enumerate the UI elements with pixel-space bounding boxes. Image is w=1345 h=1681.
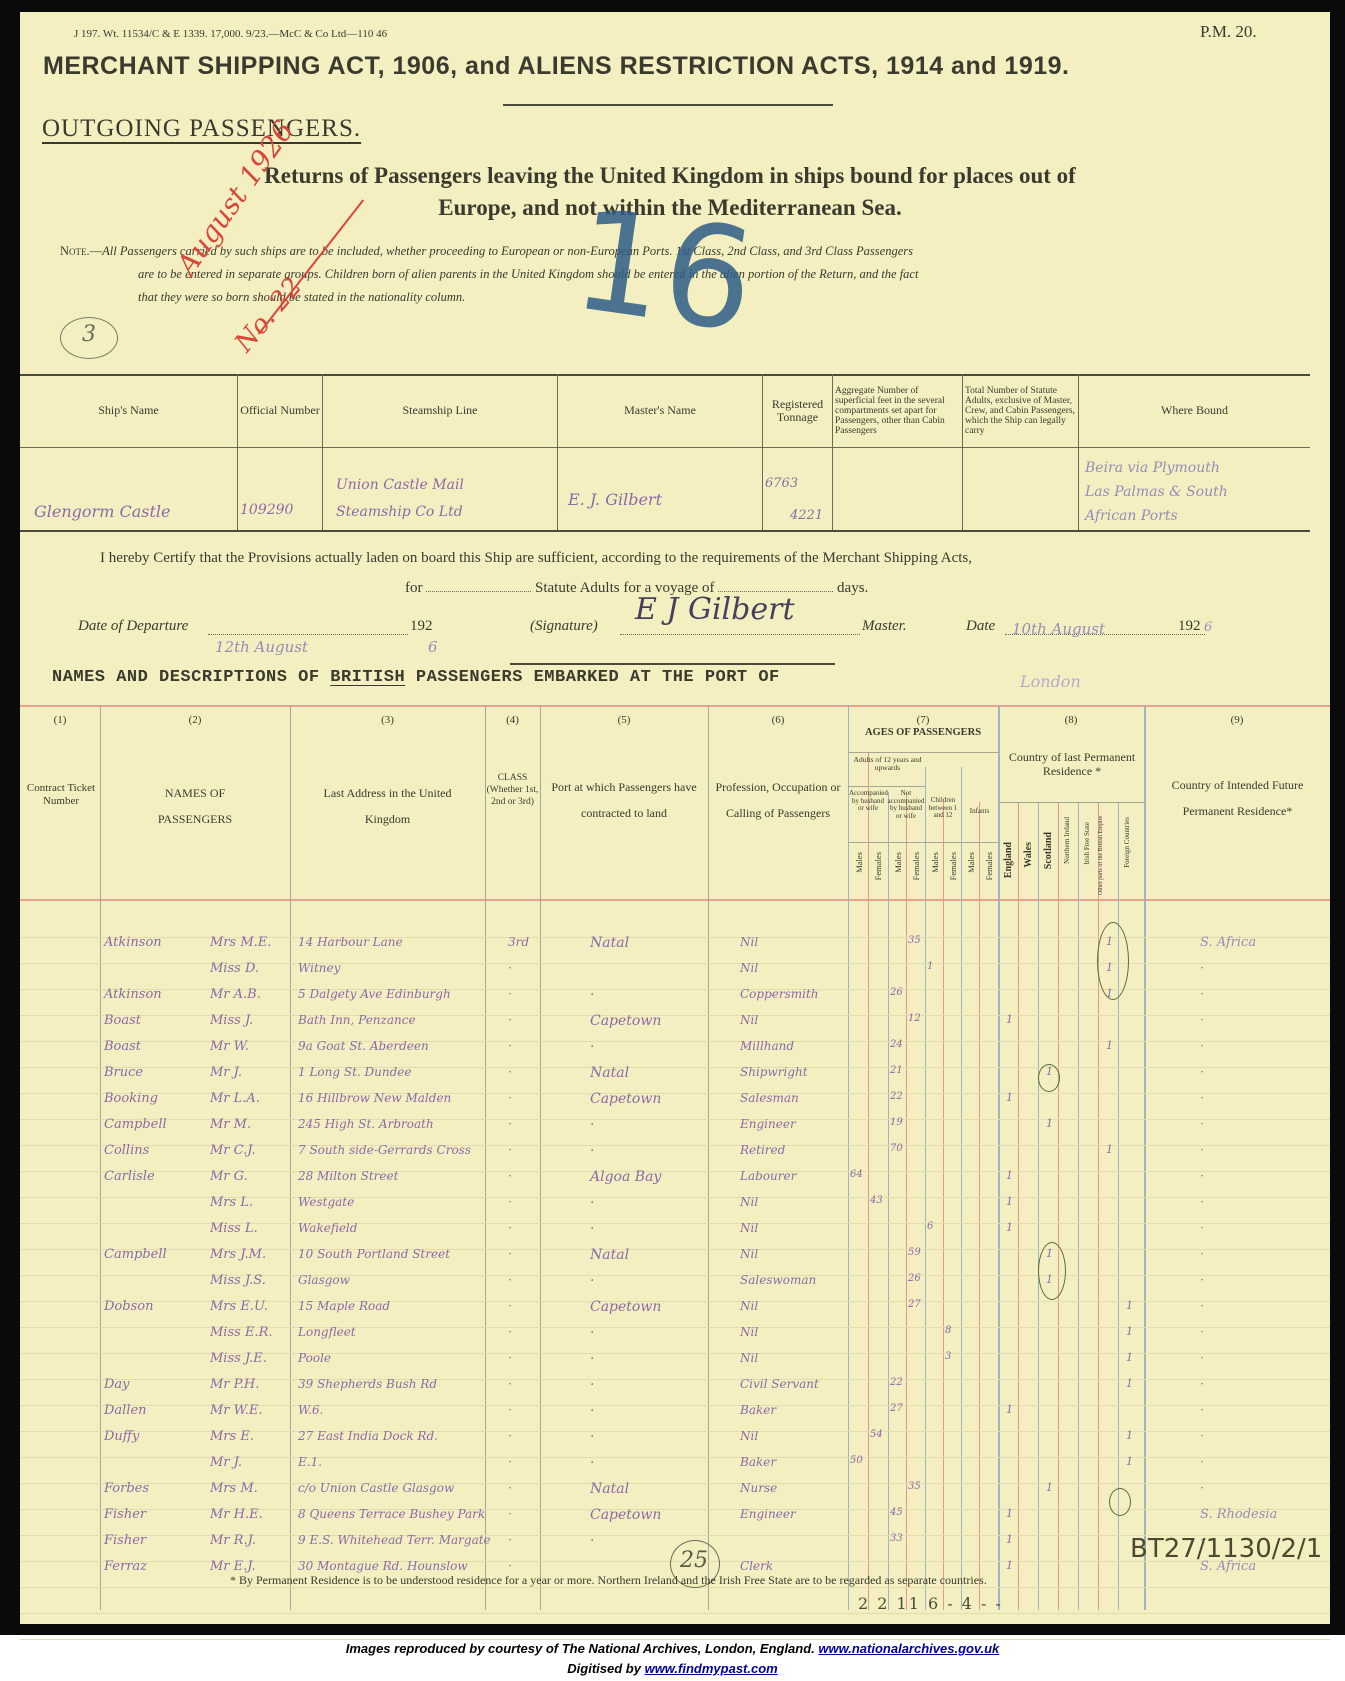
archive-reference: BT27/1130/2/1 (1130, 1534, 1322, 1564)
country-col-divider (1098, 802, 1099, 1610)
credits-text: Images reproduced by courtesy of The Nat… (346, 1641, 815, 1656)
form-number: P.M. 20. (1200, 22, 1257, 42)
passenger-class: · (508, 1039, 512, 1053)
passenger-occupation: Nil (740, 1221, 758, 1235)
header-class: CLASS (Whether 1st, 2nd or 3rd) (485, 772, 540, 808)
header-future-residence: Country of Intended Future Permanent Res… (1160, 772, 1315, 824)
header-passenger-names: NAMES OF PASSENGERS (110, 780, 280, 832)
date-value: 10th August (1012, 620, 1105, 638)
label-scotland: Scotland (1043, 832, 1054, 869)
passenger-age: 8 (945, 1325, 951, 1336)
header-children: Children between 1 and 12 (925, 797, 961, 820)
label-wales: Wales (1023, 842, 1034, 868)
passenger-surname: Dobson (104, 1299, 153, 1314)
passenger-class: · (508, 1117, 512, 1131)
passenger-given-name: Mr A.B. (210, 987, 261, 1002)
column-number: (6) (708, 714, 848, 726)
label-males: Males (893, 852, 903, 873)
statute-adults-field[interactable] (426, 591, 531, 592)
country-tally-mark: 1 (1046, 1481, 1053, 1494)
passenger-given-name: Mrs M. (210, 1481, 258, 1496)
passenger-future-residence: S. Rhodesia (1200, 1507, 1277, 1522)
country-tally-mark: 1 (1006, 1507, 1013, 1520)
passenger-surname: Atkinson (104, 935, 162, 950)
age-header-rule (848, 786, 925, 787)
passenger-occupation: Nil (740, 961, 758, 975)
passenger-given-name: Mrs E. (210, 1429, 254, 1444)
document-title: MERCHANT SHIPPING ACT, 1906, and ALIENS … (43, 52, 1070, 81)
where-bound-value-1: Beira via Plymouth (1085, 460, 1220, 476)
passenger-occupation: Engineer (740, 1117, 796, 1131)
label-females: Females (873, 852, 883, 880)
passenger-given-name: Mr M. (210, 1117, 251, 1132)
passenger-age: 26 (908, 1273, 921, 1284)
passenger-occupation: Retired (740, 1143, 785, 1157)
passenger-age: 50 (850, 1455, 863, 1466)
age-col-divider (888, 792, 889, 1610)
passenger-given-name: Mr E.J. (210, 1559, 256, 1574)
passenger-port: · (590, 1039, 594, 1055)
country-tally-mark: 1 (1006, 1533, 1013, 1546)
passenger-given-name: Miss J.S. (210, 1273, 266, 1288)
passenger-port: · (590, 1195, 594, 1211)
passenger-future-residence: · (1200, 1325, 1204, 1340)
country-col-divider (1018, 802, 1019, 1610)
signature-value: E J Gilbert (635, 592, 795, 627)
passenger-occupation: Nil (740, 1195, 758, 1209)
label-foreign-countries: Foreign Countries (1123, 817, 1131, 868)
passenger-future-residence: · (1200, 1065, 1204, 1080)
country-col-divider (1058, 802, 1059, 1610)
passenger-age: 27 (908, 1299, 921, 1310)
passenger-future-residence: · (1200, 1169, 1204, 1184)
passenger-port: · (590, 1377, 594, 1393)
col-divider (100, 705, 101, 1610)
circled-number: 3 (82, 322, 96, 347)
header-total-adults: Total Number of Statute Adults, exclusiv… (965, 376, 1077, 446)
passenger-class: · (508, 1247, 512, 1261)
passenger-port: Natal (590, 935, 629, 951)
passenger-given-name: Miss L. (210, 1221, 258, 1236)
heading-prefix: NAMES AND DESCRIPTIONS OF (52, 668, 320, 687)
header-infants: Infants (961, 807, 998, 815)
signature-field[interactable] (620, 634, 860, 635)
passenger-class: 3rd (508, 935, 529, 949)
passenger-address: c/o Union Castle Glasgow (298, 1481, 454, 1495)
class-title: CLASS (485, 772, 540, 784)
country-tally-mark: 1 (1006, 1559, 1013, 1572)
column-number: (8) (998, 714, 1144, 726)
master-name-value: E. J. Gilbert (568, 490, 662, 509)
passenger-age: 3 (945, 1351, 951, 1362)
passenger-surname: Fisher (104, 1507, 146, 1522)
header-not-accompanied: Not accompanied by husband or wife (887, 790, 925, 820)
label-irish-free-state: Irish Free State (1083, 822, 1091, 865)
circled-entries (1097, 922, 1129, 1000)
age-col-divider (868, 752, 869, 1610)
column-number: (9) (1144, 714, 1330, 726)
passenger-given-name: Mr W. (210, 1039, 249, 1054)
country-col-divider (1038, 802, 1039, 1610)
header-aggregate-feet: Aggregate Number of superficial feet in … (835, 376, 960, 446)
country-tally-mark: 1 (1006, 1013, 1013, 1026)
passenger-class: · (508, 1221, 512, 1235)
passenger-given-name: Mr H.E. (210, 1507, 263, 1522)
certificate-rule (510, 663, 835, 665)
passenger-address: 245 High St. Arbroath (298, 1117, 434, 1131)
header-country-last-residence: Country of last Permanent Residence * (1002, 750, 1142, 778)
official-number-value: 109290 (240, 502, 293, 518)
column-number: (4) (485, 714, 540, 726)
passenger-future-residence: · (1200, 1455, 1204, 1470)
passenger-occupation: Nil (740, 1299, 758, 1313)
passenger-occupation: Salesman (740, 1091, 799, 1105)
note-label: Note.— (60, 244, 102, 258)
passenger-class: · (508, 1273, 512, 1287)
findmypast-link[interactable]: www.findmypast.com (645, 1661, 778, 1676)
passenger-future-residence: · (1200, 1247, 1204, 1262)
country-tally-mark: 1 (1006, 1403, 1013, 1416)
passenger-port: Capetown (590, 1091, 661, 1107)
label-england: England (1003, 842, 1014, 878)
passenger-future-residence: · (1200, 1429, 1204, 1444)
country-col-divider (1078, 802, 1079, 1610)
passenger-future-residence: · (1200, 1403, 1204, 1418)
passenger-surname: Collins (104, 1143, 149, 1158)
passenger-port: · (590, 1429, 594, 1445)
passenger-port: Natal (590, 1065, 629, 1081)
header-profession: Profession, Occupation or Calling of Pas… (710, 774, 846, 826)
circled-entries (1109, 1488, 1131, 1516)
row-rule (20, 1613, 1330, 1614)
certificate-line: I hereby Certify that the Provisions act… (100, 550, 972, 567)
passenger-given-name: Mr G. (210, 1169, 248, 1184)
passenger-age: 22 (890, 1377, 903, 1388)
col-divider (708, 705, 709, 1610)
col-divider (540, 705, 541, 1610)
page-count-value: 25 (680, 1548, 708, 1573)
label-northern-ireland: Northern Ireland (1063, 817, 1071, 864)
steamship-line-value-2: Steamship Co Ltd (336, 504, 463, 520)
passenger-surname: Campbell (104, 1117, 167, 1132)
passenger-occupation: Nil (740, 1247, 758, 1261)
departure-date-value: 12th August (215, 638, 308, 656)
passenger-class: · (508, 1377, 512, 1391)
passenger-class: · (508, 1429, 512, 1443)
age-header-rule (848, 752, 998, 753)
passenger-surname: Boast (104, 1013, 141, 1028)
col-divider (485, 705, 486, 1610)
header-port-landing: Port at which Passengers have contracted… (542, 774, 706, 826)
col-divider (848, 705, 849, 1610)
col-divider (290, 705, 291, 1610)
passenger-occupation: Clerk (740, 1559, 773, 1573)
passenger-future-residence: · (1200, 1143, 1204, 1158)
age-col-divider (979, 802, 980, 1610)
passenger-given-name: Mrs L. (210, 1195, 253, 1210)
departure-label: Date of Departure (78, 618, 188, 635)
passenger-port: Natal (590, 1481, 629, 1497)
embarkation-port-value: London (1020, 672, 1081, 691)
age-header-rule (848, 842, 998, 843)
passenger-occupation: Nil (740, 1325, 758, 1339)
passenger-class: · (508, 1481, 512, 1495)
header-master-name: Master's Name (558, 374, 762, 447)
passenger-port: Natal (590, 1247, 629, 1263)
passenger-port: · (590, 1533, 594, 1549)
label-females: Females (948, 852, 958, 880)
passenger-age: 24 (890, 1039, 903, 1050)
passenger-address: 30 Montague Rd. Hounslow (298, 1559, 468, 1573)
class-subtitle: (Whether 1st, 2nd or 3rd) (485, 784, 540, 808)
passenger-surname: Carlisle (104, 1169, 155, 1184)
where-bound-value-2: Las Palmas & South (1085, 484, 1228, 500)
passenger-surname: Duffy (104, 1429, 139, 1444)
column-number: (1) (20, 714, 100, 726)
row-rule (20, 1639, 1330, 1640)
digitised-by-text: Digitised by (567, 1661, 641, 1676)
passenger-class: · (508, 1143, 512, 1157)
passenger-class: · (508, 1351, 512, 1365)
where-bound-value-3: African Ports (1085, 508, 1178, 524)
passenger-class: · (508, 1559, 512, 1573)
title-rule (503, 104, 833, 106)
for-label: for (405, 580, 423, 596)
passenger-future-residence: · (1200, 1039, 1204, 1054)
passenger-table-top-rule (20, 705, 1330, 707)
passenger-class: · (508, 1169, 512, 1183)
circled-entries (1038, 1064, 1060, 1092)
passenger-age: 26 (890, 987, 903, 998)
passenger-class: · (508, 1065, 512, 1079)
passenger-age: 35 (908, 1481, 921, 1492)
passenger-future-residence: · (1200, 1481, 1204, 1496)
passenger-address: 39 Shepherds Bush Rd (298, 1377, 437, 1391)
passenger-future-residence: S. Africa (1200, 935, 1256, 950)
passenger-occupation: Nil (740, 935, 758, 949)
label-males: Males (854, 852, 864, 873)
print-reference: J 197. Wt. 11534/C & E 1339. 17,000. 9/2… (74, 28, 387, 40)
passenger-given-name: Mrs M.E. (210, 935, 271, 950)
passenger-occupation: Saleswoman (740, 1273, 816, 1287)
col-divider (998, 705, 1000, 1610)
passenger-port: · (590, 1273, 594, 1289)
passenger-section-heading: NAMES AND DESCRIPTIONS OF BRITISH PASSEN… (52, 668, 780, 687)
passenger-table-header-rule (20, 899, 1330, 901)
passenger-surname: Dallen (104, 1403, 147, 1418)
passenger-port: Algoa Bay (590, 1169, 661, 1185)
passenger-class: · (508, 1299, 512, 1313)
passenger-given-name: Mr J. (210, 1455, 242, 1470)
tonnage-gross-value: 6763 (765, 476, 798, 491)
passenger-occupation: Labourer (740, 1169, 796, 1183)
passenger-port: · (590, 987, 594, 1003)
country-tally-mark: 1 (1006, 1091, 1013, 1104)
passenger-address: 9a Goat St. Aberdeen (298, 1039, 429, 1053)
passenger-given-name: Mr C.J. (210, 1143, 256, 1158)
passenger-port: · (590, 1117, 594, 1133)
passenger-future-residence: · (1200, 1299, 1204, 1314)
passenger-address: 14 Harbour Lane (298, 935, 403, 949)
passenger-surname: Fisher (104, 1533, 146, 1548)
passenger-given-name: Mr W.E. (210, 1403, 263, 1418)
passenger-port: Capetown (590, 1299, 661, 1315)
passenger-port: Capetown (590, 1013, 661, 1029)
date-label: Date (966, 618, 995, 635)
passenger-future-residence: · (1200, 961, 1204, 976)
header-where-bound: Where Bound (1079, 374, 1310, 447)
passenger-surname: Bruce (104, 1065, 143, 1080)
country-header-rule (998, 802, 1144, 803)
header-accompanied: Accompanied by husband or wife (849, 790, 887, 813)
header-registered-tonnage: Registered Tonnage (763, 374, 832, 447)
header-last-address: Last Address in the United Kingdom (295, 780, 480, 832)
country-tally-mark: 1 (1006, 1221, 1013, 1234)
passenger-age: 21 (890, 1065, 903, 1076)
label-females: Females (911, 852, 921, 880)
passenger-surname: Atkinson (104, 987, 162, 1002)
passenger-occupation: Nil (740, 1013, 758, 1027)
passenger-occupation: Nil (740, 1351, 758, 1365)
note-line-1: All Passengers carried by such ships are… (102, 244, 913, 258)
passenger-future-residence: · (1200, 1013, 1204, 1028)
column-number: (5) (540, 714, 708, 726)
date-year-prefix: 192 (1178, 618, 1201, 635)
signature-label: (Signature) (530, 618, 598, 635)
passenger-given-name: Mr P.H. (210, 1377, 259, 1392)
passenger-future-residence: · (1200, 987, 1204, 1002)
national-archives-link[interactable]: www.nationalarchives.gov.uk (818, 1641, 999, 1656)
country-tally-mark: 1 (1126, 1455, 1133, 1468)
date-year-digit: 6 (1204, 620, 1212, 635)
age-col-divider (906, 792, 907, 1610)
country-tally-mark: 1 (1126, 1299, 1133, 1312)
tonnage-net-value: 4221 (790, 508, 823, 523)
ship-col-divider (962, 374, 963, 530)
passenger-age: 45 (890, 1507, 903, 1518)
passenger-occupation: Engineer (740, 1507, 796, 1521)
passenger-age: 6 (927, 1221, 933, 1232)
passenger-class: · (508, 961, 512, 975)
passenger-surname: Day (104, 1377, 130, 1392)
passenger-address: Bath Inn, Penzance (298, 1013, 416, 1027)
passenger-age: 59 (908, 1247, 921, 1258)
passenger-age: 1 (927, 961, 933, 972)
passenger-future-residence: · (1200, 1273, 1204, 1288)
passenger-address: 28 Milton Street (298, 1169, 398, 1183)
steamship-line-value-1: Union Castle Mail (336, 477, 464, 493)
passenger-address: Westgate (298, 1195, 354, 1209)
passenger-given-name: Mr J. (210, 1065, 242, 1080)
passenger-age: 54 (870, 1429, 883, 1440)
passenger-given-name: Miss J.E. (210, 1351, 267, 1366)
passenger-age: 35 (908, 935, 921, 946)
passenger-surname: Forbes (104, 1481, 149, 1496)
passenger-port: · (590, 1455, 594, 1471)
departure-field[interactable] (208, 634, 408, 635)
passenger-address: 8 Queens Terrace Bushey Park (298, 1507, 485, 1521)
country-tally-mark: 1 (1126, 1377, 1133, 1390)
column-number: (7) (848, 714, 998, 726)
passenger-future-residence: · (1200, 1117, 1204, 1132)
country-tally-mark: 1 (1126, 1429, 1133, 1442)
ship-col-divider (832, 374, 833, 530)
passenger-address: Wakefield (298, 1221, 357, 1235)
passenger-given-name: Miss J. (210, 1013, 253, 1028)
passenger-class: · (508, 1195, 512, 1209)
passenger-port: · (590, 1325, 594, 1341)
passenger-age: 43 (870, 1195, 883, 1206)
ship-table-bottom-rule (20, 530, 1310, 532)
days-label: days. (837, 580, 868, 596)
passenger-occupation: Shipwright (740, 1065, 808, 1079)
country-tally-mark: 1 (1106, 1039, 1113, 1052)
passenger-surname: Campbell (104, 1247, 167, 1262)
country-tally-mark: 1 (1006, 1169, 1013, 1182)
document-page: J 197. Wt. 11534/C & E 1339. 17,000. 9/2… (20, 12, 1330, 1624)
heading-british: BRITISH (330, 668, 405, 687)
passenger-occupation: Millhand (740, 1039, 794, 1053)
passenger-port: · (590, 1143, 594, 1159)
passenger-address: Longfleet (298, 1325, 356, 1339)
country-tally-mark: 1 (1106, 1143, 1113, 1156)
passenger-class: · (508, 1403, 512, 1417)
passenger-surname: Ferraz (104, 1559, 147, 1574)
passenger-surname: Boast (104, 1039, 141, 1054)
passenger-age: 27 (890, 1403, 903, 1414)
passenger-age: 12 (908, 1013, 921, 1024)
column-number: (3) (290, 714, 485, 726)
passenger-occupation: Baker (740, 1403, 776, 1417)
column-number: (2) (100, 714, 290, 726)
header-contract-ticket: Contract Ticket Number (25, 782, 97, 808)
header-official-number: Official Number (238, 374, 322, 447)
passenger-given-name: Miss D. (210, 961, 259, 976)
passenger-occupation: Nurse (740, 1481, 777, 1495)
label-males: Males (966, 852, 976, 873)
ship-name-value: Glengorm Castle (34, 502, 170, 521)
passenger-class: · (508, 1013, 512, 1027)
passenger-class: · (508, 1533, 512, 1547)
passenger-future-residence: · (1200, 1351, 1204, 1366)
credits-line-1: Images reproduced by courtesy of The Nat… (0, 1641, 1345, 1656)
passenger-address: Poole (298, 1351, 331, 1365)
passenger-occupation: Nil (740, 1429, 758, 1443)
header-steamship-line: Steamship Line (323, 374, 557, 447)
header-ages: AGES OF PASSENGERS (850, 727, 996, 738)
passenger-given-name: Mrs J.M. (210, 1247, 266, 1262)
passenger-class: · (508, 1325, 512, 1339)
passenger-address: 7 South side-Gerrards Cross (298, 1143, 471, 1157)
passenger-future-residence: · (1200, 1195, 1204, 1210)
ship-table-header-rule (20, 447, 1310, 448)
col-divider (1144, 705, 1146, 1610)
passenger-address: 16 Hillbrow New Malden (298, 1091, 451, 1105)
passenger-occupation: Baker (740, 1455, 776, 1469)
passenger-future-residence: · (1200, 1091, 1204, 1106)
heading-suffix: PASSENGERS EMBARKED AT THE PORT OF (416, 668, 780, 687)
passenger-address: Witney (298, 961, 340, 975)
passenger-occupation: Civil Servant (740, 1377, 819, 1391)
passenger-address: 10 South Portland Street (298, 1247, 450, 1261)
passenger-port: · (590, 1351, 594, 1367)
passenger-port: · (590, 1403, 594, 1419)
header-ship-name: Ship's Name (20, 374, 237, 447)
passenger-address: Glasgow (298, 1273, 350, 1287)
header-adults: Adults of 12 years and upwards (850, 756, 925, 772)
passenger-age: 19 (890, 1117, 903, 1128)
passenger-address: 5 Dalgety Ave Edinburgh (298, 987, 451, 1001)
